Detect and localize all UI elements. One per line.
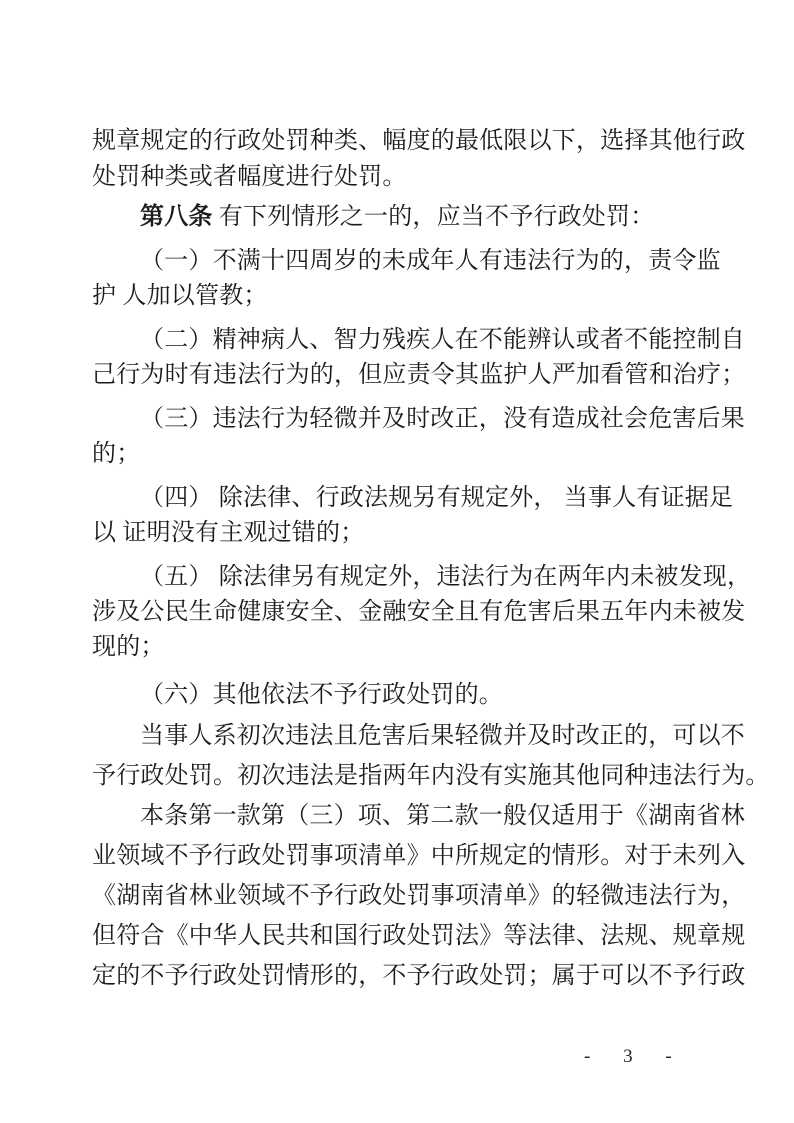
document-body: 规章规定的行政处罚种类、幅度的最低限以下，选择其他行政处罚种类或者幅度进行处罚。…	[92, 123, 752, 996]
text-line: （四） 除法律、行政法规另有规定外， 当事人有证据足	[92, 481, 752, 516]
text-line: （二）精神病人、智力残疾人在不能辨认或者不能控制自	[92, 323, 752, 358]
paragraph: （六）其他依法不予行政处罚的。	[92, 678, 752, 713]
text-line: 予行政处罚。初次违法是指两年内没有实施其他同种违法行为。	[92, 756, 752, 796]
paragraph: 第八条 有下列情形之一的，应当不予行政处罚：	[92, 199, 752, 235]
text-line: 但符合《中华人民共和国行政处罚法》等法律、法规、规章规	[92, 916, 752, 956]
text-line: 规章规定的行政处罚种类、幅度的最低限以下，选择其他行政	[92, 123, 752, 159]
article-number: 第八条	[140, 204, 213, 230]
document-page: 规章规定的行政处罚种类、幅度的最低限以下，选择其他行政处罚种类或者幅度进行处罚。…	[0, 0, 794, 1123]
text-line: （五） 除法律另有规定外，违法行为在两年内未被发现，	[92, 560, 752, 595]
text-line: 的；	[92, 437, 752, 472]
paragraph: 规章规定的行政处罚种类、幅度的最低限以下，选择其他行政处罚种类或者幅度进行处罚。	[92, 123, 752, 195]
text-line: 涉及公民生命健康安全、金融安全且有危害后果五年内未被发	[92, 595, 752, 630]
paragraph: （三）违法行为轻微并及时改正，没有造成社会危害后果的；	[92, 402, 752, 472]
paragraph: （一）不满十四周岁的未成年人有违法行为的，责令监护 人加以管教；	[92, 244, 752, 314]
paragraph: （五） 除法律另有规定外，违法行为在两年内未被发现，涉及公民生命健康安全、金融安…	[92, 560, 752, 665]
text-line: 本条第一款第（三）项、第二款一般仅适用于《湖南省林	[92, 796, 752, 836]
paragraph: （四） 除法律、行政法规另有规定外， 当事人有证据足以 证明没有主观过错的；	[92, 481, 752, 551]
text-line: 定的不予行政处罚情形的，不予行政处罚；属于可以不予行政	[92, 956, 752, 996]
text-line: （六）其他依法不予行政处罚的。	[92, 678, 752, 713]
text-line: 护 人加以管教；	[92, 279, 752, 314]
paragraph: （二）精神病人、智力残疾人在不能辨认或者不能控制自己行为时有违法行为的，但应责令…	[92, 323, 752, 393]
text-line: （一）不满十四周岁的未成年人有违法行为的，责令监	[92, 244, 752, 279]
paragraph: 本条第一款第（三）项、第二款一般仅适用于《湖南省林业领域不予行政处罚事项清单》中…	[92, 796, 752, 996]
paragraph: 当事人系初次违法且危害后果轻微并及时改正的，可以不予行政处罚。初次违法是指两年内…	[92, 716, 752, 796]
text-line: （三）违法行为轻微并及时改正，没有造成社会危害后果	[92, 402, 752, 437]
text-line: 当事人系初次违法且危害后果轻微并及时改正的，可以不	[92, 716, 752, 756]
text-line: 业领域不予行政处罚事项清单》中所规定的情形。对于未列入	[92, 836, 752, 876]
page-number: - 3 -	[584, 1046, 673, 1068]
text-line: 《湖南省林业领域不予行政处罚事项清单》的轻微违法行为，	[92, 876, 752, 916]
text-line: 己行为时有违法行为的，但应责令其监护人严加看管和治疗；	[92, 358, 752, 393]
text-line: 第八条 有下列情形之一的，应当不予行政处罚：	[92, 199, 752, 235]
text-line: 现的；	[92, 630, 752, 665]
text-line: 处罚种类或者幅度进行处罚。	[92, 159, 752, 195]
text-line: 以 证明没有主观过错的；	[92, 516, 752, 551]
